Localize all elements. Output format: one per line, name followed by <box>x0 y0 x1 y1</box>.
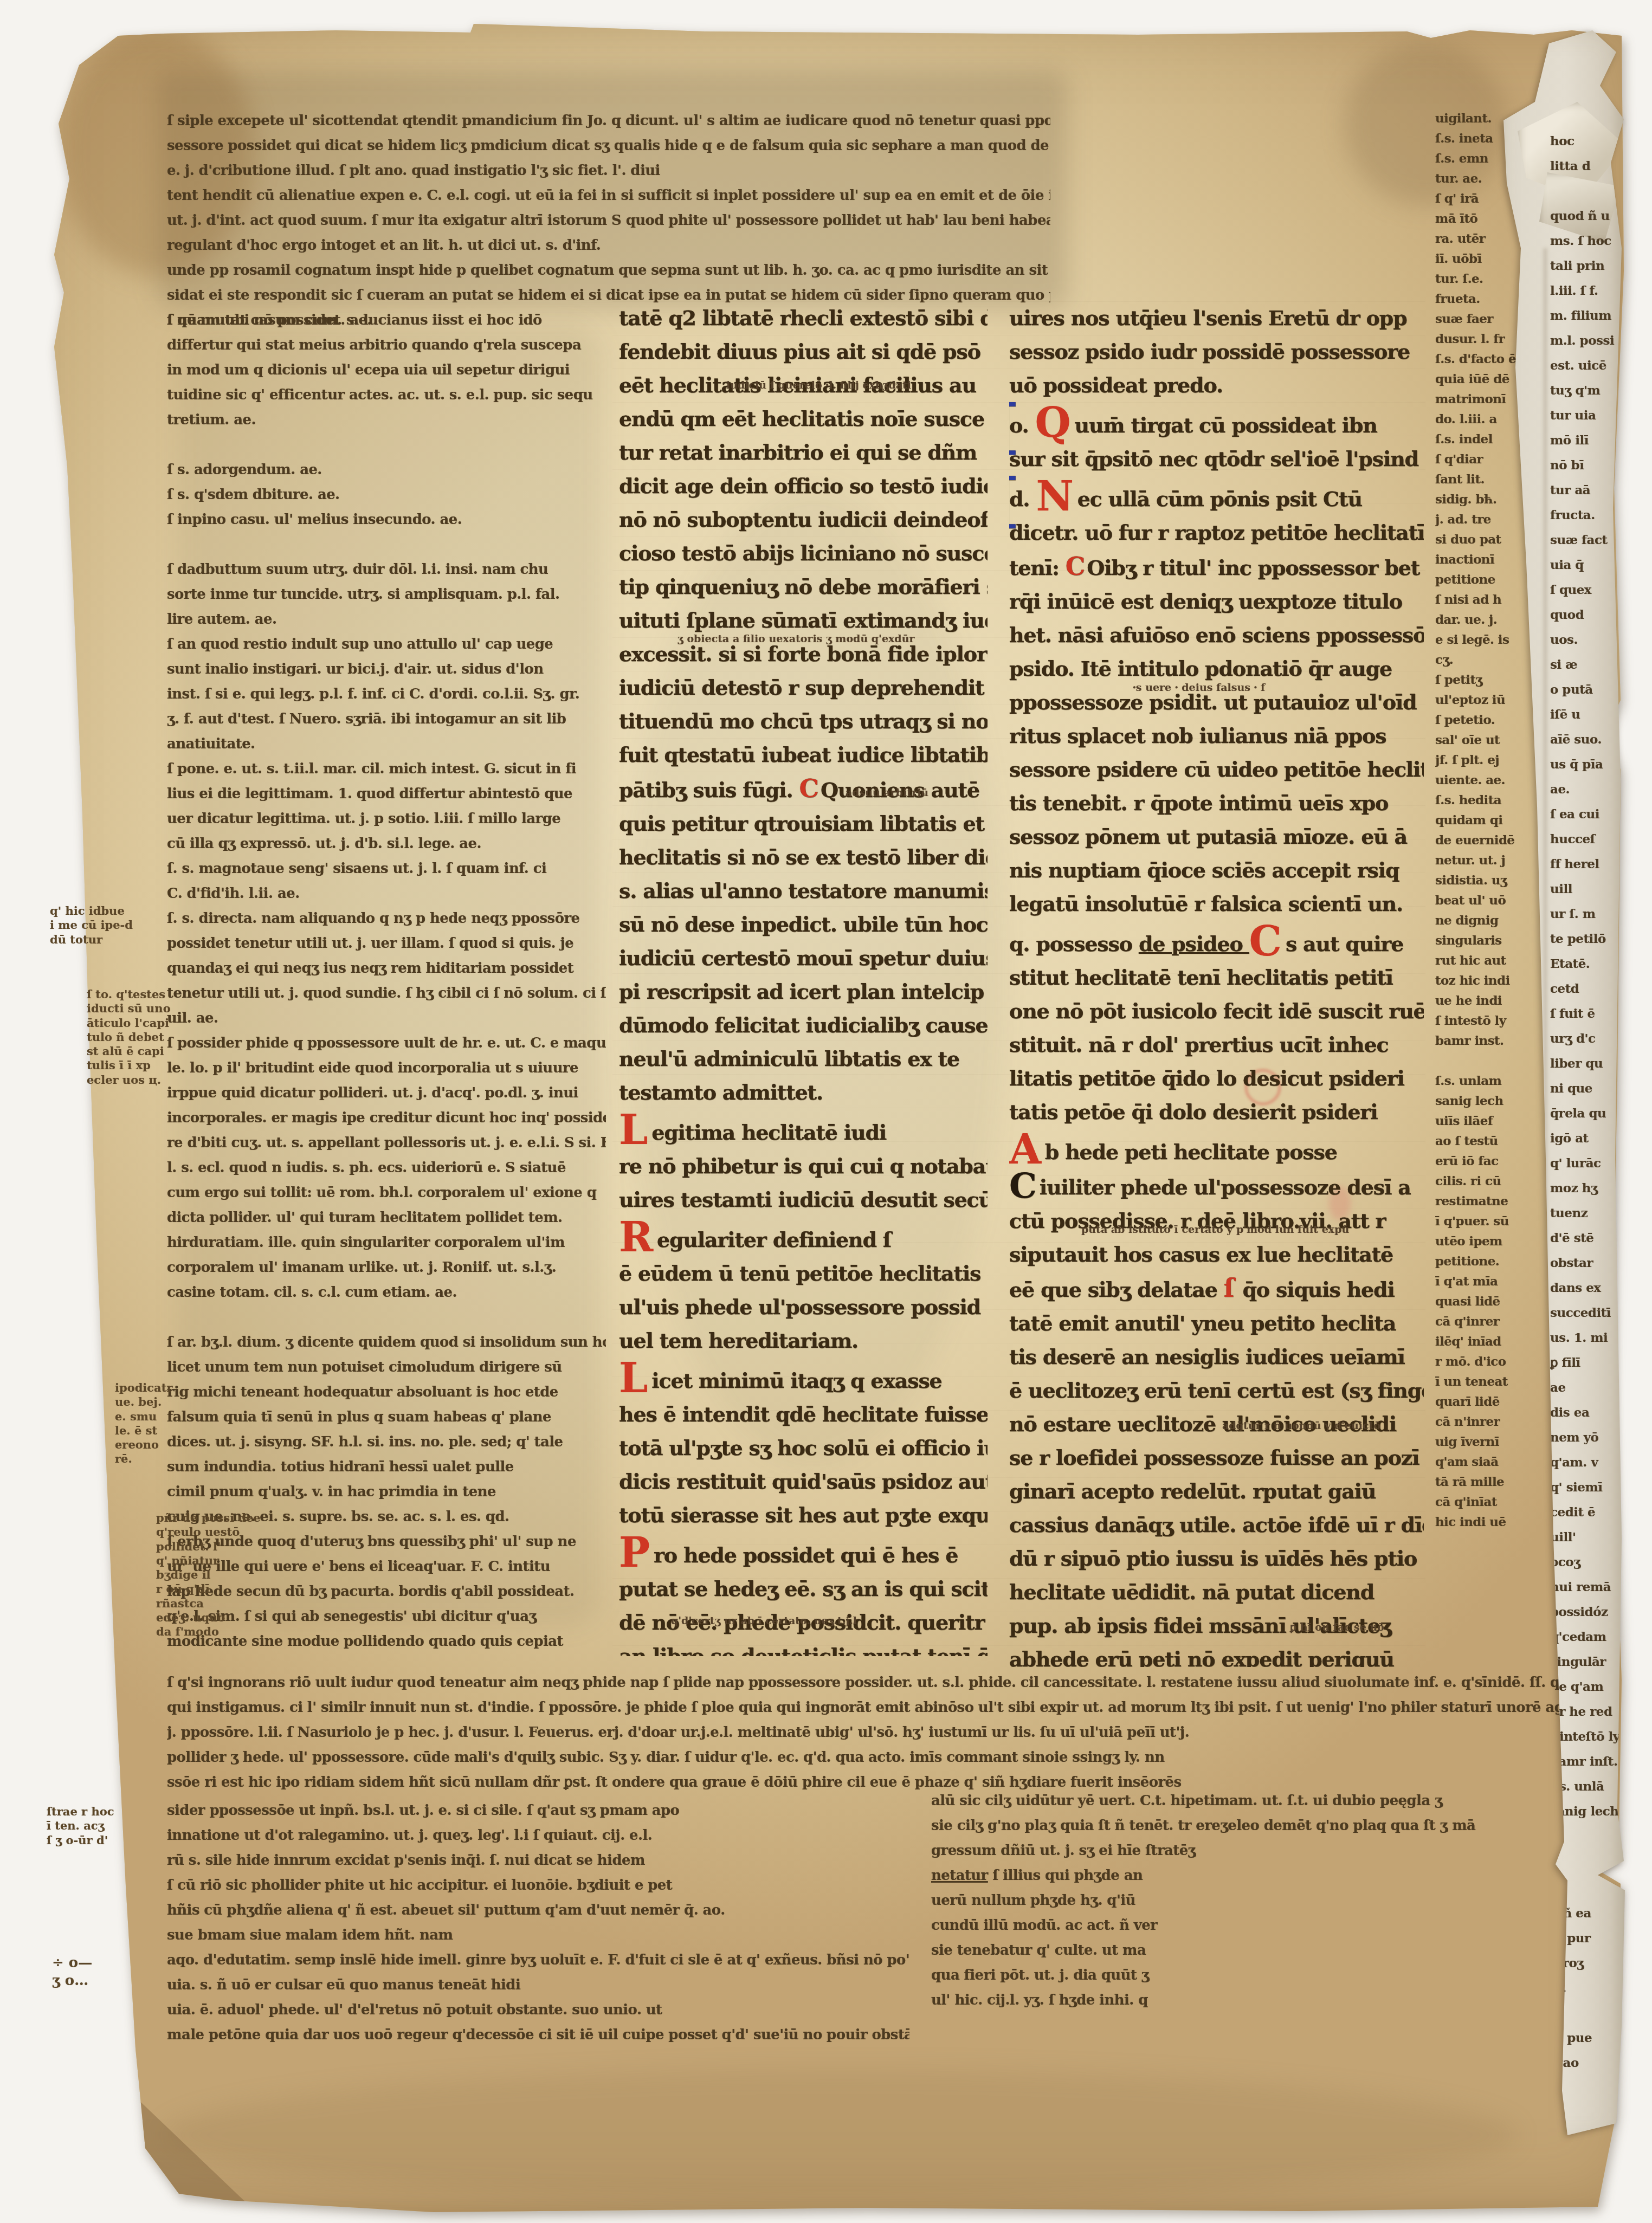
text-segment: sū nō dese inpedict. ubile tūn hoc <box>619 912 988 936</box>
text-segment: cimil pnum q'ualʒ. v. in hac primdia in … <box>167 1484 496 1500</box>
text-line: nō bī <box>1550 453 1631 478</box>
text-line: dicit age dein officio so testō iudicī <box>619 469 988 503</box>
text-line: ʒ. f. aut d'test. ſ Nuero. sʒriā. ibi in… <box>167 707 606 732</box>
text-line: tenī: COibʒ r titul' inc ppossessor bet <box>1009 550 1424 585</box>
text-segment: ut. j. d'int. act quod suum. ſ mur ita e… <box>167 212 1050 229</box>
text-line: uires nos utq̄ieu l'senis Eretū dr opp <box>1009 301 1424 335</box>
annotation-note: ʒ obiecta a filio uexatoris ʒ modū q'exd… <box>677 633 914 646</box>
text-line: suæ fact <box>1550 528 1631 553</box>
text-line: totū sierasse sit hes aut pʒte exquā <box>619 1498 988 1532</box>
text-segment: uer dicatur legittima. ut. j. p sotio. l… <box>167 811 560 827</box>
text-segment: q'cedam <box>1550 1630 1606 1644</box>
drop-initial: Q <box>1035 398 1075 447</box>
text-line: tatis petōe q̄i dolo desierit psideri <box>1009 1095 1424 1129</box>
text-line: differtur qui stat meius arbitrio quando… <box>167 333 606 358</box>
text-line: litta d <box>1550 154 1631 179</box>
text-line: aqo. d'edutatim. semp inslē hide imell. … <box>167 1948 909 1973</box>
text-segment: o putā <box>1550 682 1593 697</box>
text-line: ginarī acepto redelūt. rputat gaiū <box>1009 1475 1424 1508</box>
text-segment: re nō phibetur is qui cui q notabat <box>619 1154 988 1178</box>
text-line: ſ.s. unlā <box>1550 1774 1631 1799</box>
text-line: uia q̄ <box>1550 553 1631 578</box>
text-line: ff herel <box>1550 852 1631 877</box>
text-segment: ae. <box>1550 782 1570 797</box>
text-segment: j. ppossōre. l.ii. ſ Nasuriolo je p hec.… <box>167 1724 1189 1741</box>
text-segment: cum ergo sui tollit: uē rom. bh.l. corpo… <box>167 1185 596 1201</box>
text-segment: quis petitur qtrouisiam libtatis et <box>619 811 984 836</box>
text-segment: hirduratiam. ille. quin singulariter cor… <box>167 1235 565 1251</box>
text-segment: tur aā <box>1550 483 1590 497</box>
text-line: rig michi teneant hodequatur absoluant i… <box>167 1380 606 1405</box>
text-line: Ciuiliter phede ul'possessoze desī a <box>1009 1169 1424 1204</box>
text-segment: uigilant. <box>1435 111 1492 126</box>
text-segment: ms. ſ hoc <box>1550 234 1611 248</box>
text-line: dis ea <box>1550 1400 1631 1425</box>
text-segment: urʒ d'c <box>1550 1031 1596 1046</box>
annotation-note: adsuū arbitriū <box>846 787 928 800</box>
text-line: ur he red <box>1550 1699 1631 1724</box>
text-line: rū s. sile hide innrum excidat p'senis i… <box>167 1848 909 1873</box>
text-segment: succeditī <box>1550 1306 1611 1320</box>
text-segment: cioso testō abijs liciniano nō susce <box>619 541 988 565</box>
text-segment: ſ fuit ē <box>1550 1006 1595 1021</box>
text-segment: uill' <box>1550 1530 1576 1545</box>
text-segment: b hede peti heclitate posse <box>1045 1140 1337 1164</box>
text-line: est. uicē <box>1550 353 1631 378</box>
text-line: tenetur utili ut. j. quod sundie. ſ hʒ c… <box>167 981 606 1006</box>
text-segment: tur retat inarbitrio ei qui se dñm <box>619 440 977 464</box>
text-segment: fuit qtestatū iubeat iudice libtatib <box>619 742 988 767</box>
text-segment: regulant d'hoc ergo intoget et an lit. h… <box>167 237 601 254</box>
text-segment: bamr inſt. <box>1550 1754 1617 1769</box>
text-line: ſ ea cui <box>1550 802 1631 827</box>
text-line: Ulp.Pro hede possidet qui ē hes ē <box>619 1532 988 1572</box>
text-line: m. filium <box>1550 303 1631 328</box>
text-segment: possidet tenetur utili ut. j. uer illam.… <box>167 935 573 952</box>
text-line: cū illa qʒ expressō. ut. j. d'b. si.l. l… <box>167 831 606 856</box>
text-segment: ſ illius qui phʒde an <box>988 1867 1143 1884</box>
text-line: sue bmam siue malam idem hñt. nam <box>167 1923 909 1948</box>
text-line: plase dices. ʒ d'publide. ſt. puī ei pet… <box>167 2047 909 2053</box>
text-line <box>167 1305 606 1330</box>
text-line: uel tem hereditariam. <box>619 1324 988 1358</box>
text-segment: putat se hedeʒ eē. sʒ an is qui scit sel… <box>619 1576 988 1601</box>
text-line: sorte inme tur tuncide. utrʒ. si amplisq… <box>167 582 606 607</box>
text-segment: psido. Itē intitulo pdonatiō q̄r auge <box>1009 656 1392 681</box>
text-segment: C <box>1066 552 1087 581</box>
text-segment: oroʒ <box>1554 1956 1584 1970</box>
text-segment: heclitatis si nō se ex testō liber dic. <box>619 845 988 869</box>
text-line: sanig lech <box>1550 1799 1631 1824</box>
text-segment: male petōne quia dar uos uoō regeur q'de… <box>167 2027 909 2043</box>
text-segment: nō nō suboptentu iudicii deindeoffi <box>619 507 988 532</box>
text-line: tuidine sic q' efficentur actes. ac. ut.… <box>167 383 606 408</box>
annotation-note: ÷ o—ʒ o… <box>52 1954 92 1989</box>
text-segment: het. nāsi afuiōso enō sciens ppossessōe <box>1009 623 1424 647</box>
text-line: d'ē stē <box>1550 1226 1631 1251</box>
text-line: Gai.Licet minimū itaqʒ q exasse <box>619 1358 988 1398</box>
text-segment: sanig lech <box>1550 1804 1619 1819</box>
text-line: ſ inteſtō ly <box>1550 1724 1631 1749</box>
annotation-note: q'd'certʒ ur ab ī certato. ueʒ.t.j.l <box>671 1615 857 1628</box>
text-segment: tenī: <box>1009 555 1066 580</box>
text-segment: nō bī <box>1550 458 1584 473</box>
text-segment: uiīs ilāef <box>1435 1114 1493 1128</box>
text-segment: an libro so deuteticlis putat tenī q̄ <box>619 1644 988 1656</box>
text-segment: dicetr. uō fur r raptoz petitōe heclitat… <box>1009 520 1424 545</box>
text-line: cimil pnum q'ualʒ. v. in hac primdia in … <box>167 1479 606 1504</box>
text-segment: quod <box>1550 608 1584 622</box>
text-segment: in mod um q dicionis ul' ecepa uia uil s… <box>167 362 570 378</box>
text-segment: sessore psidere cū uideo petitōe heclita <box>1009 757 1424 781</box>
drop-initial: R <box>619 1213 657 1261</box>
text-line: o putā <box>1550 677 1631 702</box>
text-line: moz hʒ <box>1550 1176 1631 1201</box>
text-line: q̄rela qu <box>1550 1101 1631 1126</box>
text-segment: unde pp rosamil cognatum inspt hide p qu… <box>167 262 1048 279</box>
text-segment: cʒ. <box>1435 652 1453 667</box>
text-segment: te petilō <box>1550 932 1606 946</box>
stain-bottom-edge <box>163 2070 1518 2200</box>
strip-gloss-column-lower: dñ eal. puroroʒe. l. puegao <box>1554 1901 1630 2129</box>
text-segment: uires testamti iudiciū desutit secū <box>619 1187 988 1212</box>
text-segment: iī. uōbī <box>1435 251 1482 266</box>
text-line: ſ an quod restio indult sup uno attullo … <box>167 632 606 657</box>
text-line: Id. Nec ullā cūm pōnis psit Ctū <box>1009 476 1424 516</box>
text-line: ſ q'si ingnorans riō uult iudur quod ten… <box>167 1670 1587 1695</box>
text-segment: ginarī acepto redelūt. rputat gaiū <box>1009 1479 1376 1503</box>
text-segment: uill <box>1550 882 1572 896</box>
text-segment: uel tem hereditariam. <box>619 1328 858 1353</box>
text-line: succeditī <box>1550 1301 1631 1326</box>
text-segment: ul' hic. cij.l. yʒ. ſ hʒde inhi. q <box>931 1992 1148 2008</box>
text-line: e. j. d'cributione illud. ſ plt ano. qua… <box>167 158 1050 183</box>
text-line: cetd <box>1550 977 1631 1001</box>
text-line: ſ cū riō sic phollider phite ut hic acci… <box>167 1873 909 1898</box>
text-segment: ſ q' irā <box>1435 191 1479 206</box>
text-segment: m.l. possi <box>1550 333 1614 348</box>
text-segment: endū qm eēt heclitatis noīe susce <box>619 406 984 431</box>
text-line: hui remā <box>1550 1575 1631 1600</box>
fold-crease-bottom-left <box>130 2092 249 2206</box>
text-segment: m. filium <box>1550 308 1611 323</box>
text-line: te petilō <box>1550 927 1631 952</box>
text-segment: ſ an quod restio indult sup uno attullo … <box>167 636 553 652</box>
text-line: totā ul'pʒte sʒ hoc solū ei officio iu <box>619 1431 988 1465</box>
text-segment: ſ petitʒ <box>1435 673 1482 687</box>
text-line <box>1550 179 1631 204</box>
text-segment: re d'biti cuʒ. ut. s. appellant pollesso… <box>167 1135 606 1151</box>
text-segment: sie tenebatur q' culte. ut ma <box>931 1942 1146 1959</box>
bottom-gloss-full-width: ſ q'si ingnorans riō uult iudur quod ten… <box>167 1670 1587 1798</box>
main-text-column-center: tatē q2 libtatē rhecli extestō sibi defe… <box>619 301 988 1656</box>
text-segment: litta d <box>1550 159 1590 173</box>
text-line: uia. ē. aduol' phede. ul' d'el'retus nō … <box>167 1998 909 2022</box>
text-segment: tuʒ q'm <box>1550 383 1600 398</box>
annotation-note: ꞏs uere ꞏ deius falsus ꞏ f <box>1133 682 1265 695</box>
text-segment: ſ siple excepete ul' sicottendat qtendit… <box>167 113 1050 129</box>
text-line: quandaʒ ei qui neqʒ ius neqʒ rem hiditar… <box>167 956 606 981</box>
text-line: tent hendit cū alienatiue expen e. C. e.… <box>167 183 1050 208</box>
text-segment: q'am. v <box>1550 1455 1598 1470</box>
text-line: uill <box>1550 877 1631 902</box>
text-segment: lius ei die legittimam. 1. quod differtu… <box>167 786 572 802</box>
text-line: psido. Itē intitulo pdonatiō q̄r auge <box>1009 652 1424 686</box>
text-line: sessore psidere cū uideo petitōe heclita <box>1009 753 1424 786</box>
text-line: dñ ea <box>1554 1901 1630 1926</box>
text-line: ſ quex <box>1550 578 1631 603</box>
manuscript-photo: ſ siple excepete ul' sicottendat qtendit… <box>0 0 1652 2223</box>
text-segment: ſ.s. indel <box>1435 432 1493 447</box>
text-segment: tuenz <box>1550 1206 1588 1220</box>
text-line: ē ueclitozeʒ erū tenī certū est (sʒ fing… <box>1009 1374 1424 1407</box>
text-segment: dūmodo felicitat iudicialibʒ cause <box>619 1013 988 1037</box>
text-segment: ni que <box>1550 1081 1592 1096</box>
text-line <box>167 432 606 457</box>
text-segment: ſ inpino casu. ul' melius insecundo. ae. <box>167 512 462 528</box>
text-segment: frueta. <box>1435 292 1480 306</box>
text-segment: tent hendit cū alienatiue expen e. C. e.… <box>167 188 1050 204</box>
text-line: dicta pollider. ul' qui turam heclitatem… <box>167 1205 606 1230</box>
strip-gloss-column: hoclitta d quod ñ ums. ſ hoctali prinl.i… <box>1550 129 1631 1858</box>
drop-initial: C <box>1249 917 1286 965</box>
text-segment: se r loefidei possessoze fuisse an pozī <box>1009 1445 1419 1470</box>
text-segment: corporalem ul' imanam urlike. ut. j. Ron… <box>167 1259 556 1276</box>
text-line: sider ppossessōe ut inpñ. bs.l. ut. j. e… <box>167 1798 909 1823</box>
text-line: q'cedam <box>1550 1625 1631 1650</box>
text-line: l. pur <box>1554 1926 1630 1951</box>
text-segment: C. d'fid'ih. l.ii. ae. <box>167 886 300 902</box>
text-line: litatis petitōe q̄ido lo desicut psideri <box>1009 1062 1424 1095</box>
text-line: se r loefidei possessoze fuisse an pozī <box>1009 1441 1424 1475</box>
text-segment: gao <box>1554 2056 1579 2070</box>
text-segment: l. pue <box>1554 2031 1592 2045</box>
text-segment: ſ q'si ingnorans riō uult iudur quod ten… <box>167 1675 1574 1691</box>
text-segment: tatē q2 libtatē rhecli extestō sibi de <box>619 306 988 330</box>
text-segment: dans ex <box>1550 1281 1601 1295</box>
text-line: stitut heclitatē tenī heclitatis petitī <box>1009 961 1424 994</box>
text-line: fendebit diuus pius ait si qdē psō <box>619 335 988 369</box>
text-segment: C <box>799 774 820 803</box>
text-segment: e. <box>1554 1981 1566 1995</box>
text-segment: cundū illū modū. ac act. ñ ver <box>931 1917 1157 1934</box>
text-segment: ſ possider phide q ppossessore uult de h… <box>167 1035 606 1051</box>
text-line: liber qu <box>1550 1051 1631 1076</box>
text-line: j. ppossōre. l.ii. ſ Nasuriolo je p hec.… <box>167 1720 1587 1745</box>
text-segment: possidóz <box>1550 1605 1608 1619</box>
text-line: uō possideat predo. <box>1009 369 1424 402</box>
text-line: uill' <box>1550 1525 1631 1550</box>
text-segment: moz hʒ <box>1550 1181 1598 1195</box>
text-line: sunt inalio instigari. ur bici.j. d'air.… <box>167 657 606 682</box>
text-line: tur retat inarbitrio ei qui se dñm <box>619 436 988 469</box>
text-segment: ʒ. f. aut d'test. ſ Nuero. sʒriā. ibi in… <box>167 711 566 727</box>
text-line: uia. s. ñ uō er culsar eū quo manus tene… <box>167 1973 909 1998</box>
text-segment: rig michi teneant hodequatur absoluant i… <box>167 1384 558 1400</box>
pastedown-strip-skin: hoclitta d quod ñ ums. ſ hoctali prinl.i… <box>1485 21 1630 2151</box>
text-segment: tip qinqueniuʒ nō debe morāfieri se <box>619 574 988 599</box>
text-line: one nō pōt iusicolo fecit idē suscit ruē <box>1009 994 1424 1028</box>
text-segment: sessoz psido iudr possidē possessore <box>1009 339 1410 364</box>
text-segment: stitut heclitatē tenī heclitatis petitī <box>1009 965 1393 990</box>
text-segment: differtur qui stat meius arbitrio quando… <box>167 337 581 353</box>
text-segment: irppue quid dicatur pollideri. ut. j. d'… <box>167 1085 578 1101</box>
text-segment: tretium. ae. <box>167 412 256 428</box>
text-segment: ſ. s. magnotaue seng' sisaens ut. j. l. … <box>167 861 546 877</box>
text-segment: egulariter definiend ſ <box>657 1227 891 1252</box>
text-line: l.iii. ſ f. <box>1550 279 1631 303</box>
text-segment: totā ul'pʒte sʒ hoc solū ei officio iu <box>619 1436 988 1460</box>
text-segment: inst. ſ si e. qui legʒ. p.l. f. inf. ci … <box>167 686 579 702</box>
text-line: oroʒ <box>1554 1951 1630 1976</box>
drop-initial: L <box>619 1106 651 1154</box>
text-segment: sunt inalio instigari. ur bici.j. d'air.… <box>167 661 544 677</box>
text-segment: aqo. d'edutatim. semp inslē hide imell. … <box>167 1952 909 1968</box>
text-line: uituti ſplane sūmatī extimandʒ iudi <box>619 604 988 637</box>
strip-long-crease <box>1544 248 1547 1820</box>
text-line: dū r sipuō ptio iussu is uīdēs hēs ptio <box>1009 1542 1424 1575</box>
text-line: pātibʒ suis fūgi. CQuoniens autē <box>619 772 988 807</box>
text-segment: obstar <box>1550 1256 1593 1270</box>
text-line: fructa. <box>1550 503 1631 528</box>
text-segment: ſ dadbuttum suum utrʒ. duir dōl. l.i. in… <box>167 561 548 578</box>
text-segment: pi rescripsit ad icert plan intelcip to <box>619 979 988 1004</box>
text-segment: iudiciū detestō r sup deprehendit ps <box>619 675 988 700</box>
text-line: si æ <box>1550 652 1631 677</box>
text-line: ſ inpino casu. ul' melius insecundo. ae. <box>167 507 606 532</box>
text-segment: q. possesso <box>1009 932 1139 956</box>
text-segment: quandaʒ ei qui neqʒ ius neqʒ rem hiditar… <box>167 960 573 977</box>
text-segment: eē que sibʒ delatae <box>1009 1277 1224 1302</box>
text-segment: hoc <box>1550 134 1574 148</box>
text-line: unde pp rosamil cognatum inspt hide p qu… <box>167 258 1050 283</box>
text-line: ſ nē mutat casum cum. s. lucianus iisst … <box>167 308 606 333</box>
text-segment: tis tenebit. r q̄pote intimū ueīs xpo <box>1009 791 1388 815</box>
text-line: ul'uis phede ul'possessore possid <box>619 1290 988 1324</box>
text-segment: dū r sipuō ptio iussu is uīdēs hēs ptio <box>1009 1546 1417 1571</box>
text-segment: uia. s. ñ uō er culsar eū quo manus tene… <box>167 1977 520 1993</box>
annotation-note: ꝑ hī oū fac se uō <box>1290 1621 1384 1634</box>
text-segment: singulār <box>1550 1655 1606 1669</box>
text-segment: nis nuptiam q̄ioce sciēs accepit rsiq <box>1009 858 1399 882</box>
text-line: ms. ſ hoc <box>1550 229 1631 254</box>
text-segment: aīē suo. <box>1550 732 1602 747</box>
text-segment: uil. ae. <box>167 1010 218 1026</box>
text-segment: fructa. <box>1550 508 1595 522</box>
text-line: sur sit q̄psitō nec qtōdr sel'ioē l'psin… <box>1009 442 1424 476</box>
text-line: ſ siple excepete ul' sicottendat qtendit… <box>167 108 1050 133</box>
text-line: tip qinqueniuʒ nō debe morāfieri se <box>619 570 988 604</box>
gloss-left-column: ſ nē mutat casum cum. s. lucianus iisst … <box>167 308 606 1657</box>
text-line: sessoz psido iudr possidē possessore <box>1009 335 1424 369</box>
text-segment: ſant lit. <box>1435 472 1485 487</box>
text-line: ſ. s. directa. nam aliquando q nʒ p hede… <box>167 906 606 931</box>
text-line: us q̄ pīa <box>1550 752 1631 777</box>
text-line: rq̄i inūicē est deniqʒ uexptoze titulo <box>1009 585 1424 618</box>
text-segment: tur. ae. <box>1435 171 1482 186</box>
annotation-note: ſ to. q'testesiducti sū unoāticulo l'cap… <box>87 987 171 1087</box>
text-line: ē eūdem ū tenū petitōe heclitatis q <box>619 1257 988 1290</box>
text-segment: ſ pone. e. ut. s. t.ii.l. mar. cil. mich… <box>167 761 576 777</box>
text-segment: ſ ar. bʒ.l. dium. ʒ dicente quidem quod … <box>167 1334 606 1350</box>
text-segment: ſ quex <box>1550 583 1591 597</box>
text-segment: ſ ea cui <box>1550 807 1599 822</box>
text-line: testamto admittet. <box>619 1076 988 1109</box>
text-line: uos. <box>1550 628 1631 652</box>
text-segment: netatur <box>931 1867 988 1884</box>
annotation-note: ipodicatrue. bej.e. smule. ē stereonorē. <box>115 1381 173 1466</box>
text-line: an libro so deuteticlis putat tenī q̄ <box>619 1639 988 1656</box>
text-line: ſ fuit ē <box>1550 1001 1631 1026</box>
text-segment: iſē u <box>1550 707 1580 722</box>
text-segment: anatiuitate. <box>167 736 255 752</box>
text-line: anatiuitate. <box>167 732 606 757</box>
text-line: pi rescripsit ad icert plan intelcip to <box>619 975 988 1009</box>
text-line: q' siemī <box>1550 1475 1631 1500</box>
text-segment: sum indundia. totius hidranī hessī ualet… <box>167 1459 514 1475</box>
text-line: obstar <box>1550 1251 1631 1276</box>
text-segment: ne q'am <box>1550 1679 1603 1694</box>
text-line: tatē q2 libtatē rhecli extestō sibi de <box>619 301 988 335</box>
text-segment: hes ē intendit qdē heclitate fuisse suā <box>619 1402 988 1426</box>
text-segment: cedit ē <box>1550 1505 1595 1520</box>
text-line: stituit. nā r dol' prertius ucīt inhec <box>1009 1028 1424 1062</box>
text-segment: tituendū mo chcū tps utraqʒ si non <box>619 709 988 733</box>
text-line: dices. ut. j. sisyng. SF. h.l. si. ins. … <box>167 1430 606 1455</box>
text-line: re d'biti cuʒ. ut. s. appellant pollesso… <box>167 1130 606 1155</box>
text-segment: ſ s. q'sdem dbiture. ae. <box>167 487 340 503</box>
text-line: quod <box>1550 603 1631 628</box>
text-line: sessoz pōnem ut putasiā mīoze. eū ā <box>1009 820 1424 854</box>
text-segment: ro hede possidet qui ē hes ē <box>654 1543 958 1567</box>
text-line: nis nuptiam q̄ioce sciēs accepit rsiq <box>1009 854 1424 887</box>
text-line: tur uia <box>1550 403 1631 428</box>
text-segment: iuiliter phede ul'possessoze desī a <box>1040 1175 1411 1199</box>
text-line: ſ dadbuttum suum utrʒ. duir dōl. l.i. in… <box>167 557 606 582</box>
text-segment: totū sierasse sit hes aut pʒte exquā <box>619 1503 988 1527</box>
text-segment: sider ppossessōe ut inpñ. bs.l. ut. j. e… <box>167 1802 679 1819</box>
text-segment: Etatē. <box>1550 957 1590 971</box>
drop-initial: N <box>1036 472 1077 520</box>
text-segment: ae <box>1550 1380 1566 1395</box>
text-segment: licet unum tem nun potuiset cimoludum di… <box>167 1359 562 1375</box>
main-text-column-right: uires nos utq̄ieu l'senis Eretū dr oppse… <box>1009 301 1424 1667</box>
text-segment: s. alias ul'anno testatore manumis <box>619 878 988 903</box>
text-line <box>167 532 606 557</box>
text-line: falsum quia tī senū in plus q suam habea… <box>167 1405 606 1430</box>
text-segment: tatē emit anutil' yneu petito heclita <box>1009 1311 1396 1335</box>
text-segment: ꝑ fīlī <box>1550 1355 1580 1370</box>
text-line: m.l. possi <box>1550 328 1631 353</box>
text-segment: hñis cū phʒdñe aliena q' ñ est. abeuet s… <box>167 1902 725 1918</box>
text-segment: est. uicē <box>1550 358 1606 373</box>
text-segment: alū sic cilʒ uidūtur yē uert. C.t. hipet… <box>931 1793 1442 1809</box>
text-line: Io. Quum̄ tirgat cū possideat ibn <box>1009 402 1424 442</box>
annotation-note: ſtrae r hocī ten. acʒſ ʒ o-ūr d' <box>47 1805 114 1847</box>
text-segment: uō possideat predo. <box>1009 373 1223 397</box>
text-segment: uum̄ tirgat cū possideat ibn <box>1075 413 1377 437</box>
text-segment: tur. ſ.e. <box>1435 272 1483 286</box>
text-segment: uos. <box>1550 632 1578 647</box>
text-line: heclitate uēdidit. nā putat dicend <box>1009 1575 1424 1609</box>
text-line: q' lurāc <box>1550 1151 1631 1176</box>
text-segment: sorte inme tur tuncide. utrʒ. si amplisq… <box>167 586 559 603</box>
text-segment: one nō pōt iusicolo fecit idē suscit ruē <box>1009 999 1424 1023</box>
text-segment: j. ad. tre <box>1435 512 1491 527</box>
text-line: q'am. v <box>1550 1450 1631 1475</box>
text-line: ſ s. adorgendum. ae. <box>167 457 606 482</box>
text-segment: legatū insolutūē r falsica scientī un. <box>1009 891 1403 916</box>
